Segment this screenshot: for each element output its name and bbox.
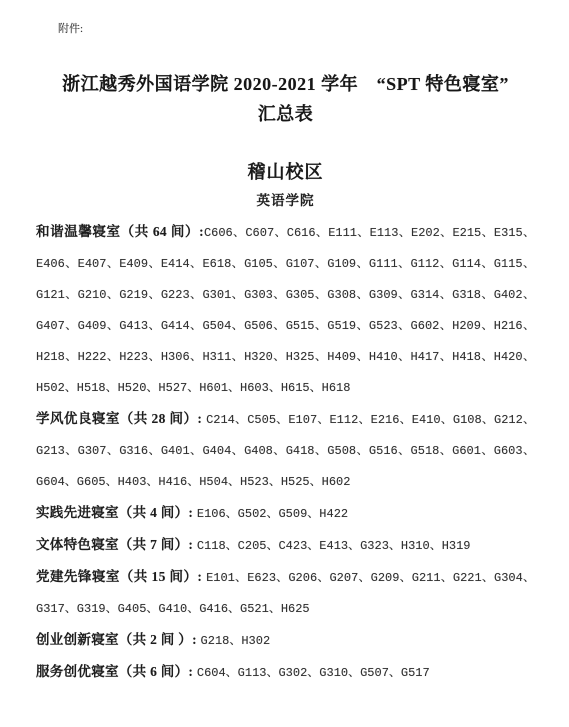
- college-heading: 英语学院: [36, 192, 535, 210]
- category-label: 创业创新寝室（共 2 间 ）:: [36, 632, 201, 647]
- category-rooms: G218、H302: [201, 634, 271, 648]
- title-line-2: 汇总表: [258, 104, 314, 124]
- category-list: 和谐温馨寝室（共 64 间）:C606、C607、C616、E111、E113、…: [36, 217, 535, 688]
- category-row: 服务创优寝室（共 6 间）: C604、G113、G302、G310、G507、…: [36, 657, 535, 688]
- category-rooms: E106、G502、G509、H422: [197, 507, 348, 521]
- category-row: 创业创新寝室（共 2 间 ）: G218、H302: [36, 625, 535, 656]
- title-line-1: 浙江越秀外国语学院 2020-2021 学年 “SPT 特色寝室”: [62, 74, 509, 94]
- category-rooms: C604、G113、G302、G310、G507、G517: [197, 666, 430, 680]
- category-row: 实践先进寝室（共 4 间）: E106、G502、G509、H422: [36, 498, 535, 529]
- category-row: 学风优良寝室（共 28 间）: C214、C505、E107、E112、E216…: [36, 404, 535, 497]
- category-label: 文体特色寝室（共 7 间）:: [36, 537, 197, 552]
- category-rooms: C606、C607、C616、E111、E113、E202、E215、E315、…: [36, 226, 535, 395]
- attachment-label: 附件:: [58, 22, 535, 36]
- category-label: 学风优良寝室（共 28 间）:: [36, 411, 206, 426]
- document-page: 附件: 浙江越秀外国语学院 2020-2021 学年 “SPT 特色寝室” 汇总…: [0, 0, 569, 727]
- category-row: 和谐温馨寝室（共 64 间）:C606、C607、C616、E111、E113、…: [36, 217, 535, 403]
- campus-heading: 稽山校区: [36, 160, 535, 184]
- category-label: 和谐温馨寝室（共 64 间）:: [36, 224, 204, 239]
- document-title: 浙江越秀外国语学院 2020-2021 学年 “SPT 特色寝室” 汇总表: [36, 69, 535, 129]
- category-label: 实践先进寝室（共 4 间）:: [36, 505, 197, 520]
- category-row: 文体特色寝室（共 7 间）: C118、C205、C423、E413、G323、…: [36, 530, 535, 561]
- category-label: 党建先锋寝室（共 15 间）:: [36, 569, 206, 584]
- category-row: 党建先锋寝室（共 15 间）: E101、E623、G206、G207、G209…: [36, 562, 535, 624]
- category-rooms: C118、C205、C423、E413、G323、H310、H319: [197, 539, 471, 553]
- category-label: 服务创优寝室（共 6 间）:: [36, 664, 197, 679]
